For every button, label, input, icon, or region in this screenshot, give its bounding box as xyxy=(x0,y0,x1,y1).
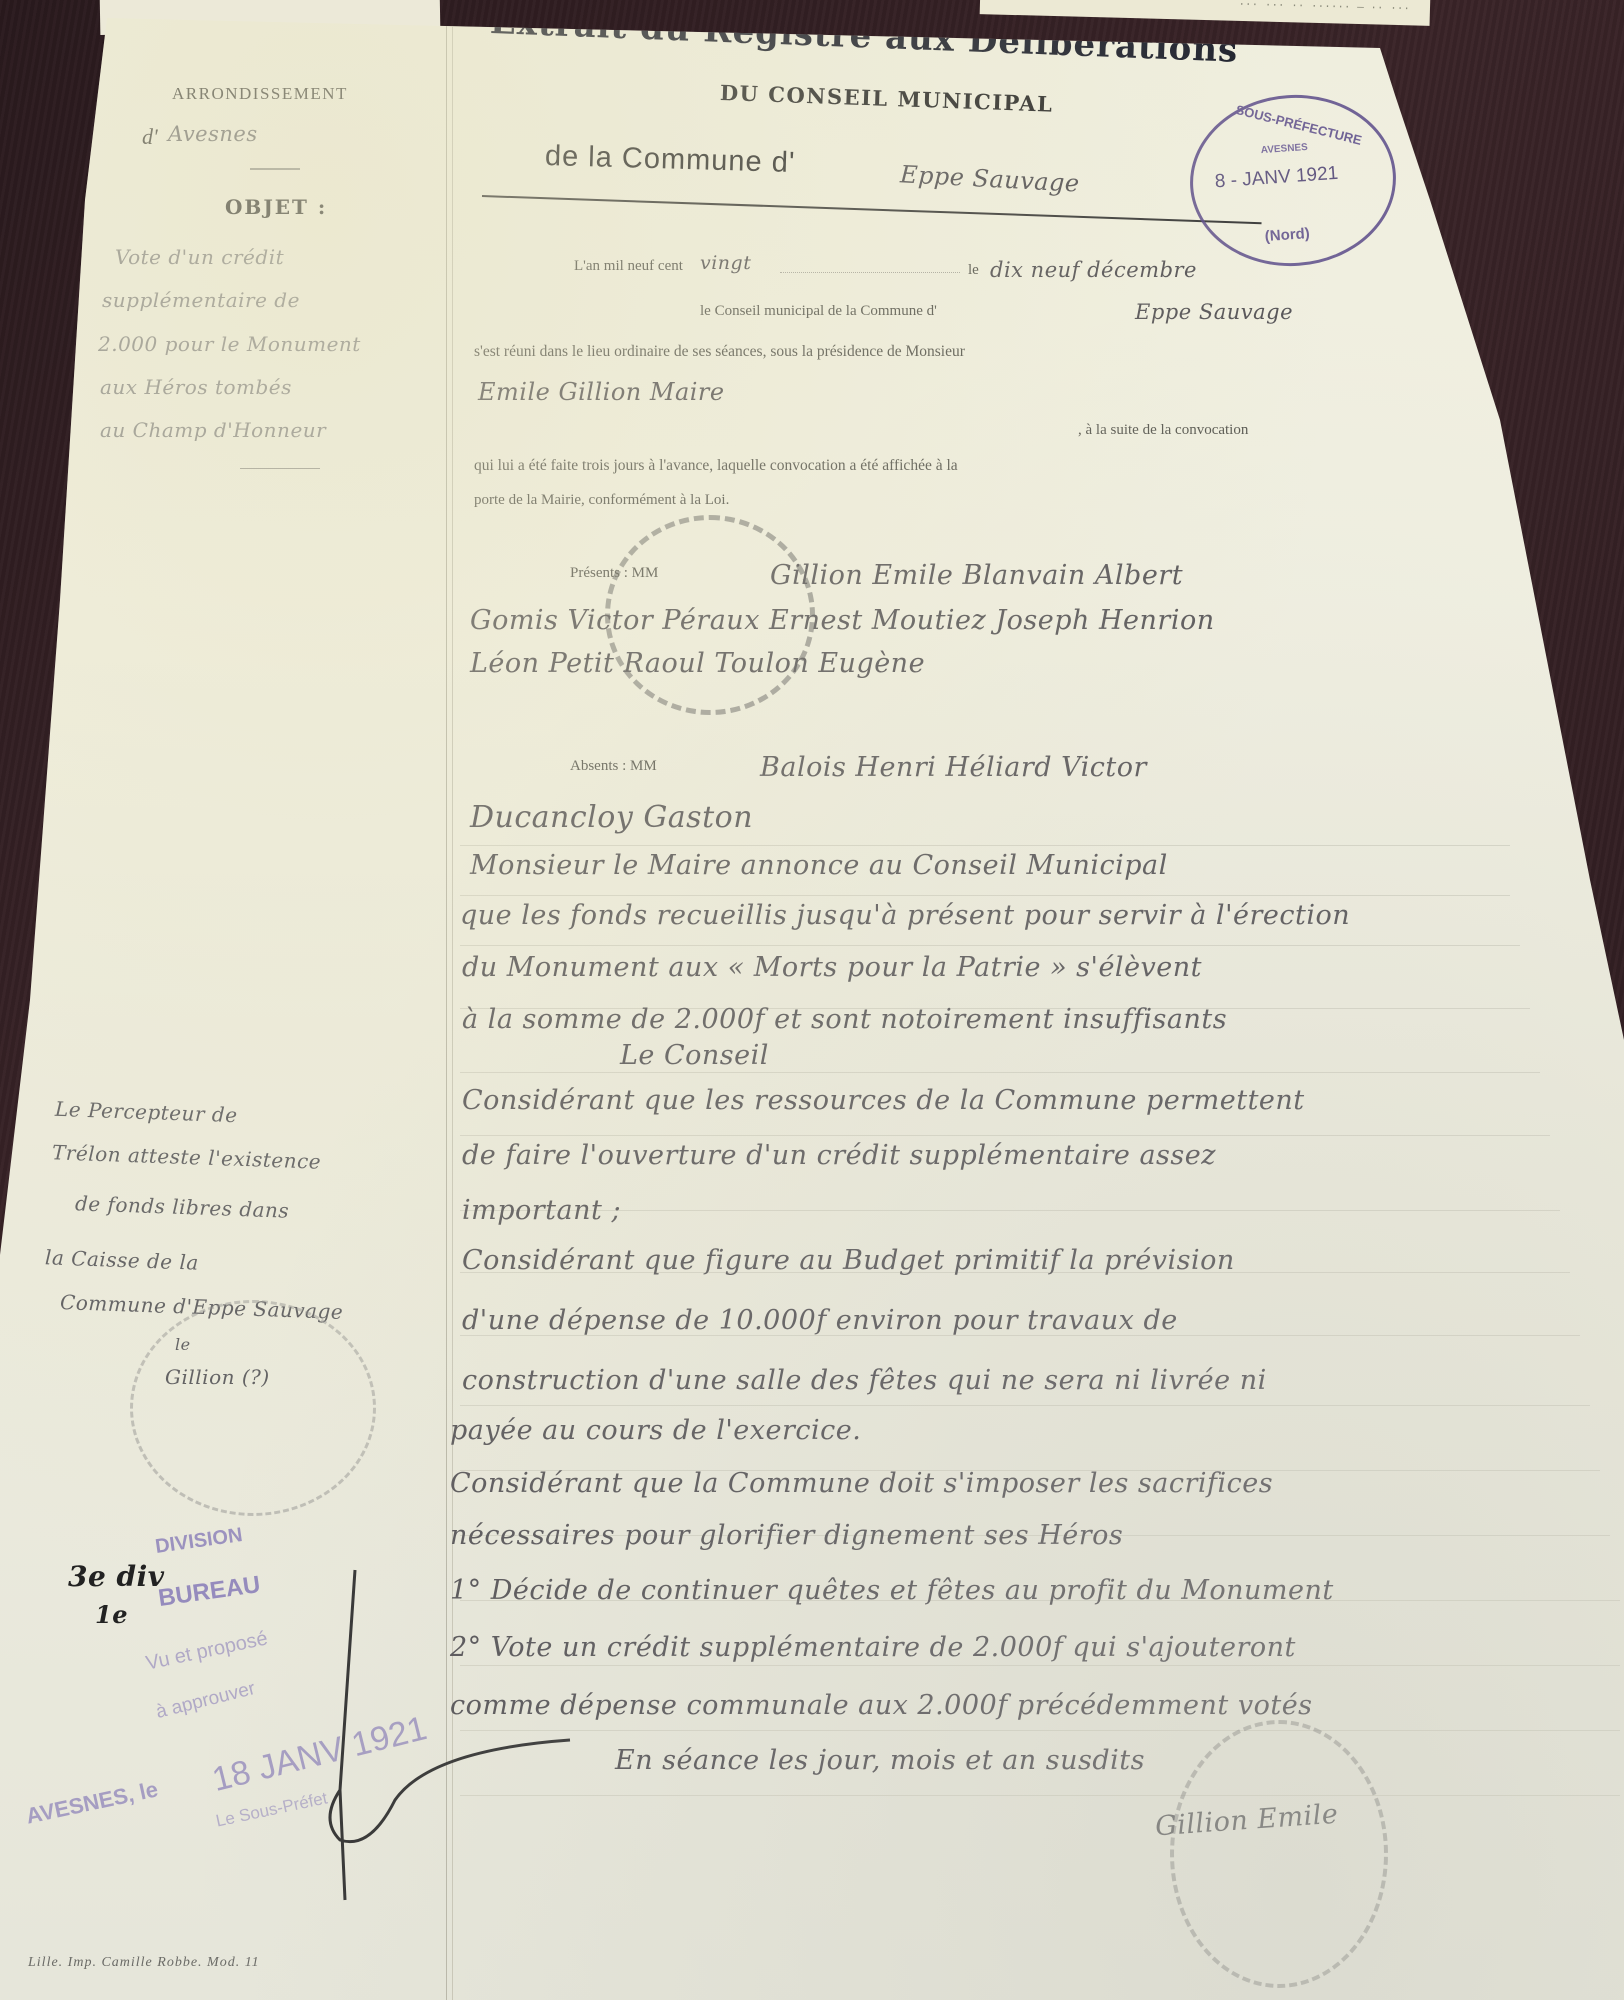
prefecture-stamp: SOUS-PRÉFECTURE AVESNES 8 - JANV 1921 (N… xyxy=(1184,88,1401,273)
stamp-date: 8 - JANV 1921 xyxy=(1214,163,1339,194)
percepteur-note-line: Trélon atteste l'existence xyxy=(52,1140,322,1173)
header-underline xyxy=(482,195,1262,224)
meeting-text: s'est réuni dans le lieu ordinaire de se… xyxy=(474,343,965,361)
present-names-line: Gillion Emile Blanvain Albert xyxy=(770,560,1183,591)
council-commune: Eppe Sauvage xyxy=(1135,300,1293,324)
scrap-text: ··· ··· ·· ······ — ·· ··· xyxy=(1238,0,1410,15)
objet-line: Vote d'un crédit xyxy=(115,245,284,269)
convocation-text: porte de la Mairie, conformément à la Lo… xyxy=(474,492,729,509)
absent-names-line: Balois Henri Héliard Victor xyxy=(760,752,1147,783)
deliberation-line: Considérant que figure au Budget primiti… xyxy=(462,1245,1235,1276)
stamp-bottom-text: (Nord) xyxy=(1264,225,1310,245)
percepteur-note-line: de fonds libres dans xyxy=(75,1191,290,1222)
objet-label: OBJET : xyxy=(225,195,327,219)
document-subtitle: DU CONSEIL MUNICIPAL xyxy=(720,80,1054,117)
sous-prefet-signature xyxy=(300,1560,580,1920)
ruled-line xyxy=(460,895,1510,896)
year-value: vingt xyxy=(700,252,751,274)
deliberation-line: comme dépense communale aux 2.000f précé… xyxy=(450,1690,1313,1721)
division-note: 3e div xyxy=(68,1560,165,1593)
printer-imprint: Lille. Imp. Camille Robbe. Mod. 11 xyxy=(28,1955,260,1971)
council-label: le Conseil municipal de la Commune d' xyxy=(700,303,937,320)
arrondissement-label: ARRONDISSEMENT xyxy=(172,84,348,104)
present-names-line: Léon Petit Raoul Toulon Eugène xyxy=(470,648,925,679)
ruled-line xyxy=(460,845,1510,846)
approval-stamp-vu: Vu et proposé xyxy=(144,1627,270,1675)
deliberation-line: 2° Vote un crédit supplémentaire de 2.00… xyxy=(450,1632,1296,1663)
approval-stamp-place: AVESNES, le xyxy=(24,1776,161,1829)
ruled-line xyxy=(460,1405,1590,1406)
objet-line: 2.000 pour le Monument xyxy=(98,332,361,356)
bureau-note: 1e xyxy=(95,1600,128,1629)
deliberation-line: à la somme de 2.000f et sont notoirement… xyxy=(462,1004,1227,1035)
perception-stamp xyxy=(130,1300,376,1516)
present-names-line: Gomis Victor Péraux Ernest Moutiez Josep… xyxy=(470,605,1215,636)
convocation-text: qui lui a été faite trois jours à l'avan… xyxy=(474,457,958,475)
commune-name-handwritten: Eppe Sauvage xyxy=(899,160,1080,197)
deliberation-line: construction d'une salle des fêtes qui n… xyxy=(462,1365,1267,1396)
deliberation-line: du Monument aux « Morts pour la Patrie »… xyxy=(462,952,1202,983)
ruled-line xyxy=(460,945,1520,946)
arrondissement-prefix: d' xyxy=(142,124,158,150)
deliberation-line: que les fonds recueillis jusqu'à présent… xyxy=(460,900,1350,931)
present-label: Présents : MM xyxy=(570,565,658,582)
deliberation-line: nécessaires pour glorifier dignement ses… xyxy=(450,1520,1123,1551)
stamp-top-text: SOUS-PRÉFECTURE xyxy=(1234,102,1363,148)
percepteur-note-line: Le Percepteur de xyxy=(55,1097,238,1127)
fill-line xyxy=(780,272,960,273)
stamp-middle-text: AVESNES xyxy=(1260,142,1308,156)
day-value: dix neuf décembre xyxy=(990,258,1197,282)
year-label: L'an mil neuf cent xyxy=(574,258,683,275)
ruled-line xyxy=(460,1730,1620,1731)
deliberation-line: Considérant que la Commune doit s'impose… xyxy=(450,1468,1273,1499)
approval-stamp-bureau: BUREAU xyxy=(157,1571,263,1613)
ruled-line xyxy=(460,1072,1540,1073)
deliberation-line: 1° Décide de continuer quêtes et fêtes a… xyxy=(450,1575,1334,1606)
objet-end-rule xyxy=(240,468,320,469)
ruled-line xyxy=(460,1135,1550,1136)
ruled-line xyxy=(460,1665,1620,1666)
margin-divider xyxy=(250,168,300,170)
arrondissement-value: Avesnes xyxy=(168,122,258,146)
approval-stamp-approuver: à approuver xyxy=(154,1678,258,1724)
deliberation-heading: Le Conseil xyxy=(620,1040,769,1071)
convocation-text: , à la suite de la convocation xyxy=(1078,422,1248,439)
president-name: Emile Gillion Maire xyxy=(478,378,725,406)
deliberation-line: important ; xyxy=(462,1195,621,1226)
day-label: le xyxy=(968,262,979,279)
absent-label: Absents : MM xyxy=(570,758,657,775)
deliberation-line: Considérant que les ressources de la Com… xyxy=(462,1085,1305,1116)
objet-line: supplémentaire de xyxy=(102,288,300,312)
deliberation-line: de faire l'ouverture d'un crédit supplém… xyxy=(462,1140,1216,1171)
deliberation-line: d'une dépense de 10.000f environ pour tr… xyxy=(462,1305,1178,1336)
ruled-line xyxy=(460,1795,1620,1796)
ruled-line xyxy=(460,1210,1560,1211)
deliberation-line: Monsieur le Maire annonce au Conseil Mun… xyxy=(470,850,1168,881)
percepteur-note-line: la Caisse de la xyxy=(45,1245,200,1274)
closing-line: En séance les jour, mois et an susdits xyxy=(615,1745,1145,1776)
absent-names-line: Ducancloy Gaston xyxy=(470,800,753,835)
mayor-stamp xyxy=(1170,1720,1388,1988)
approval-stamp-division: DIVISION xyxy=(154,1524,244,1559)
commune-label: de la Commune d' xyxy=(545,140,796,180)
deliberation-document: Extrait du Registre aux Délibérations DU… xyxy=(0,0,1624,2000)
deliberation-line: payée au cours de l'exercice. xyxy=(450,1415,861,1446)
objet-line: au Champ d'Honneur xyxy=(100,418,326,442)
objet-line: aux Héros tombés xyxy=(100,375,292,399)
